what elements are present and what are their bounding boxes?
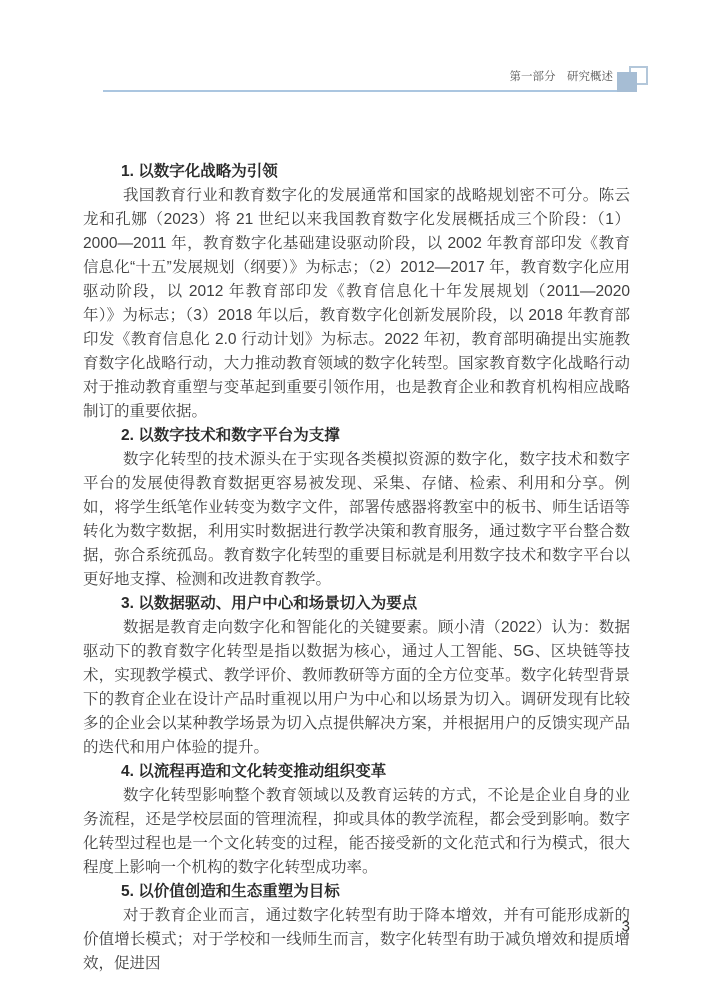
- header-part-title: 研究概述: [567, 71, 613, 83]
- page-header: 第一部分研究概述: [103, 70, 617, 92]
- section-5-paragraph: 对于教育企业而言，通过数字化转型有助于降本增效，并有可能形成新的价值增长模式；对…: [83, 904, 630, 976]
- section-4-paragraph: 数字化转型影响整个教育领域以及教育运转的方式，不论是企业自身的业务流程，还是学校…: [83, 784, 630, 880]
- page-content: 1. 以数字化战略为引领 我国教育行业和教育数字化的发展通常和国家的战略规划密不…: [83, 160, 630, 976]
- section-5-heading: 5. 以价值创造和生态重塑为目标: [83, 880, 630, 904]
- overlapping-squares-icon: [617, 66, 655, 96]
- header-part-label: 第一部分: [510, 71, 556, 83]
- section-1-heading: 1. 以数字化战略为引领: [83, 160, 630, 184]
- section-4-heading: 4. 以流程再造和文化转变推动组织变革: [83, 760, 630, 784]
- book-page: 第一部分研究概述 1. 以数字化战略为引领 我国教育行业和教育数字化的发展通常和…: [0, 0, 710, 989]
- section-3-paragraph: 数据是教育走向数字化和智能化的关键要素。顾小清（2022）认为：数据驱动下的教育…: [83, 616, 630, 760]
- section-3-heading: 3. 以数据驱动、用户中心和场景切入为要点: [83, 592, 630, 616]
- page-number: 3: [622, 918, 630, 935]
- section-2-heading: 2. 以数字技术和数字平台为支撑: [83, 424, 630, 448]
- filled-square-icon: [617, 72, 637, 92]
- section-1-paragraph: 我国教育行业和教育数字化的发展通常和国家的战略规划密不可分。陈云龙和孔娜（202…: [83, 184, 630, 424]
- section-2-paragraph: 数字化转型的技术源头在于实现各类模拟资源的数字化，数字技术和数字平台的发展使得教…: [83, 448, 630, 592]
